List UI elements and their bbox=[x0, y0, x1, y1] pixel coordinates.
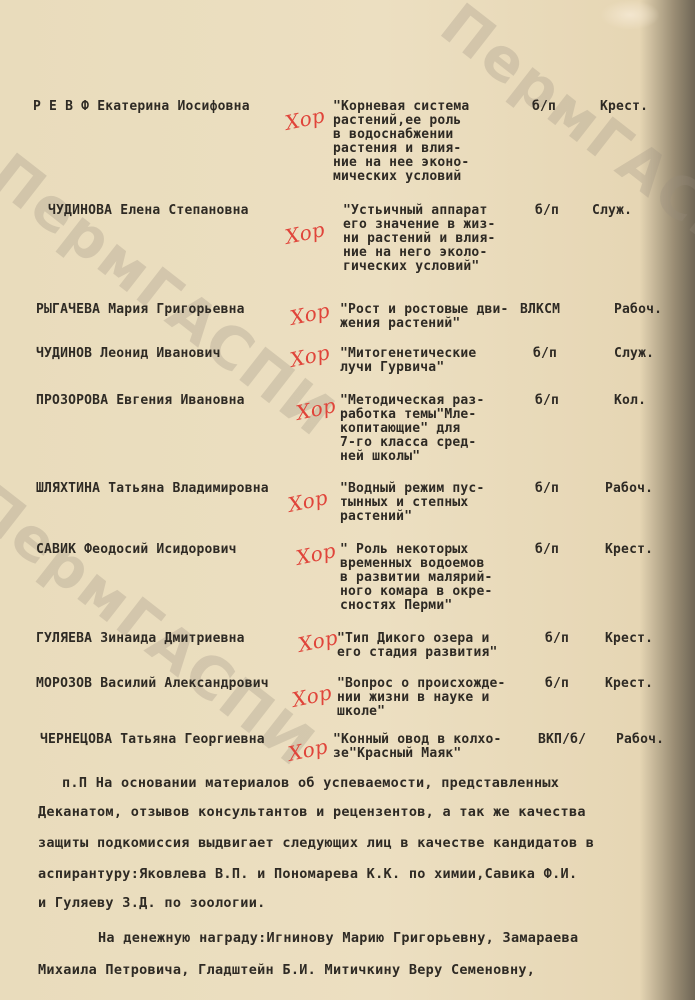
handwritten-grade: Хор bbox=[289, 303, 331, 325]
student-name: САВИК Феодосий Исидорович bbox=[36, 543, 237, 557]
student-name: ШЛЯХТИНА Татьяна Владимировна bbox=[36, 482, 269, 496]
paragraph-line: защиты подкомиссия выдвигает следующих л… bbox=[38, 835, 594, 851]
student-name: ЧУДИНОВА Елена Степановна bbox=[48, 204, 249, 218]
paragraph-line: аспирантуру:Яковлева В.П. и Пономарева К… bbox=[38, 866, 577, 882]
thesis-topic: "Водный режим пус- тынных и степных раст… bbox=[340, 482, 484, 524]
party-status: б/п bbox=[532, 100, 556, 114]
social-origin: Рабоч. bbox=[614, 303, 662, 317]
party-status: ВЛКСМ bbox=[520, 303, 560, 317]
party-status: б/п bbox=[535, 394, 559, 408]
student-name: ГУЛЯЕВА Зинаида Дмитриевна bbox=[36, 632, 245, 646]
thesis-topic: "Конный овод в колхо- зе"Красный Маяк" bbox=[333, 733, 502, 761]
thesis-topic: "Рост и ростовые дви- жения растений" bbox=[340, 303, 509, 331]
party-status: б/п bbox=[533, 347, 557, 361]
handwritten-grade: Хор bbox=[284, 222, 326, 244]
paragraph-line: На денежную награду:Игнинову Марию Григо… bbox=[98, 930, 578, 946]
student-name: ПРОЗОРОВА Евгения Ивановна bbox=[36, 394, 245, 408]
handwritten-grade: Хор bbox=[287, 490, 329, 512]
document-page: ПермГАСПИ ПермГАСПИ ПермГАСПИ Р Е В Ф Ек… bbox=[0, 0, 695, 1000]
party-status: б/п bbox=[545, 677, 569, 691]
thesis-topic: "Вопрос о происхожде- нии жизни в науке … bbox=[337, 677, 506, 719]
social-origin: Крест. bbox=[605, 677, 653, 691]
student-name: ЧЕРНЕЦОВА Татьяна Георгиевна bbox=[40, 733, 265, 747]
thesis-topic: "Корневая система растений,ее роль в вод… bbox=[333, 100, 469, 184]
paper-stain bbox=[600, 0, 660, 30]
student-name: ЧУДИНОВ Леонид Иванович bbox=[36, 347, 221, 361]
student-name: РЫГАЧЕВА Мария Григорьевна bbox=[36, 303, 245, 317]
party-status: б/п bbox=[535, 204, 559, 218]
thesis-topic: "Методическая раз- работка темы"Мле- коп… bbox=[340, 394, 484, 464]
party-status: б/п bbox=[535, 482, 559, 496]
paragraph-line: и Гуляеву З.Д. по зоологии. bbox=[38, 895, 266, 911]
social-origin: Рабоч. bbox=[605, 482, 653, 496]
social-origin: Крест. bbox=[600, 100, 648, 114]
thesis-topic: "Митогенетические лучи Гурвича" bbox=[340, 347, 476, 375]
social-origin: Служ. bbox=[614, 347, 654, 361]
handwritten-grade: Хор bbox=[295, 398, 337, 420]
social-origin: Рабоч. bbox=[616, 733, 664, 747]
handwritten-grade: Хор bbox=[289, 345, 331, 367]
handwritten-grade: Хор bbox=[291, 685, 333, 707]
thesis-topic: "Устьичный аппарат его значение в жиз- н… bbox=[343, 204, 496, 274]
handwritten-grade: Хор bbox=[287, 739, 329, 761]
handwritten-grade: Хор bbox=[297, 630, 339, 652]
student-name: Р Е В Ф Екатерина Иосифовна bbox=[33, 100, 250, 114]
thesis-topic: " Роль некоторых временных водоемов в ра… bbox=[340, 543, 493, 613]
social-origin: Служ. bbox=[592, 204, 632, 218]
student-name: МОРОЗОВ Василий Александрович bbox=[36, 677, 269, 691]
paragraph-line: Михаила Петровича, Гладштейн Б.И. Митичк… bbox=[38, 962, 535, 978]
social-origin: Крест. bbox=[605, 632, 653, 646]
handwritten-grade: Хор bbox=[284, 108, 326, 130]
social-origin: Крест. bbox=[605, 543, 653, 557]
thesis-topic: "Тип Дикого озера и его стадия развития" bbox=[337, 632, 498, 660]
social-origin: Кол. bbox=[614, 394, 646, 408]
party-status: б/п bbox=[545, 632, 569, 646]
paragraph-line: п.П На основании материалов об успеваемо… bbox=[62, 775, 559, 791]
handwritten-grade: Хор bbox=[295, 543, 337, 565]
party-status: ВКП/б/ bbox=[538, 733, 586, 747]
party-status: б/п bbox=[535, 543, 559, 557]
paragraph-line: Деканатом, отзывов консультантов и рецен… bbox=[38, 804, 586, 820]
